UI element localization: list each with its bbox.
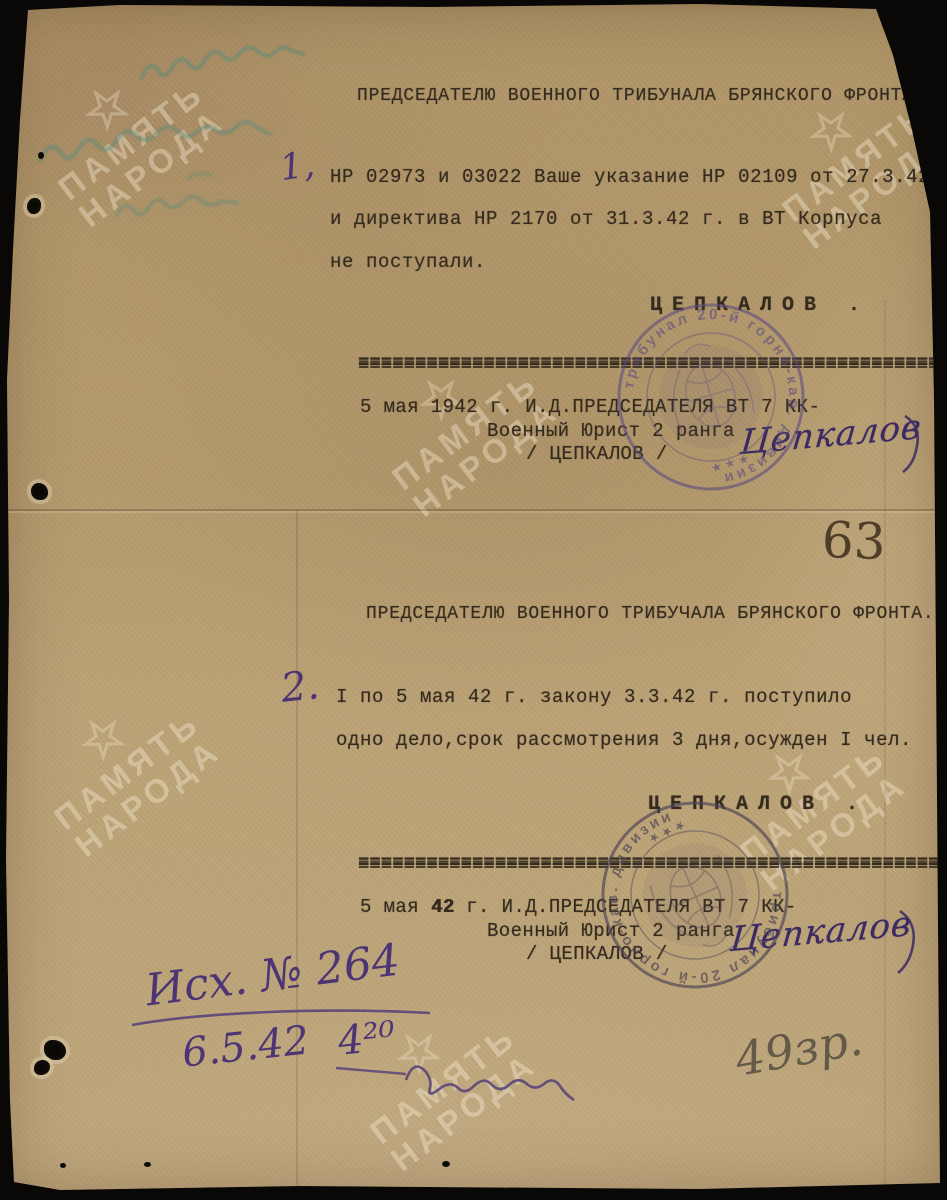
memo2-body-line2: одно дело,срок рассмотрения 3 дня,осужде… — [336, 729, 912, 751]
memo1-body-line3: не поступали. — [330, 251, 486, 273]
faded-ink-note — [36, 118, 296, 188]
paper-speck — [442, 1161, 450, 1167]
memo1-slash-name: / ЦЕПКАЛОВ / — [526, 443, 668, 465]
watermark: ☆ ПАМЯТЬ НАРОДА — [5, 23, 251, 248]
punch-hole — [31, 483, 48, 500]
watermark-line2: НАРОДА — [736, 753, 933, 913]
punch-hole — [27, 198, 41, 214]
memo2-separator: ========================================… — [358, 852, 944, 874]
page-number: 63 — [821, 511, 887, 571]
star-icon: ☆ — [5, 23, 209, 193]
memo1-rank-line: Военный Юрист 2 ранга — [487, 420, 735, 442]
memo2-surname: ЦЕПКАЛОВ . — [648, 793, 868, 816]
watermark-line2: НАРОДА — [54, 89, 251, 249]
memo1-body-line1: НР 02973 и 03022 Ваше указание НР 02109 … — [330, 166, 942, 188]
memo2-body-line1: I по 5 мая 42 г. закону 3.3.42 г. поступ… — [336, 686, 852, 708]
paper-sheet: ☆ ПАМЯТЬ НАРОДА ☆ ПАМЯТЬ НАРОДА ☆ ПАМЯТЬ… — [0, 0, 947, 1200]
memo1-date-line: 5 мая 1942 г. И.Д.ПРЕДСЕДАТЕЛЯ ВТ 7 КК- — [360, 396, 820, 418]
memo2-item-number: 2. — [279, 662, 322, 712]
date-note: 6.5.42 — [180, 1017, 311, 1076]
time-note: 4²⁰ — [336, 1013, 398, 1065]
memo1-surname: ЦЕПКАЛОВ . — [650, 294, 870, 317]
memo1-item-number: 1, — [277, 144, 317, 189]
fold-crease-vertical — [296, 510, 298, 1200]
star-icon: ☆ — [687, 687, 891, 857]
paper-speck — [38, 152, 44, 159]
punch-hole — [44, 1040, 66, 1060]
watermark: ☆ ПАМЯТЬ НАРОДА — [1, 653, 247, 878]
watermark: ☆ ПАМЯТЬ НАРОДА — [317, 967, 563, 1192]
faded-ink-note — [135, 40, 335, 100]
memo2-date-line: 5 мая 42 г. И.Д.ПРЕДСЕДАТЕЛЯ ВТ 7 КК- — [360, 896, 797, 918]
memo2-header: ПРЕДСЕДАТЕЛЮ ВОЕННОГО ТРИБУЧАЛА БРЯНСКОГ… — [366, 604, 935, 624]
memo2-slash-name: / ЦЕПКАЛОВ / — [526, 943, 668, 965]
overstruck-year: 42 — [431, 896, 455, 918]
watermark: ☆ ПАМЯТЬ НАРОДА — [729, 45, 947, 270]
watermark-line2: НАРОДА — [778, 111, 947, 271]
paper-speck — [60, 1163, 66, 1168]
star-icon: ☆ — [1, 653, 205, 823]
pencil-note: 49зр. — [731, 1011, 866, 1086]
fold-crease — [0, 509, 947, 511]
watermark-line1: ПАМЯТЬ — [29, 691, 226, 851]
watermark-line2: НАРОДА — [50, 719, 247, 879]
paper-speck — [144, 1162, 151, 1167]
stamp-stars: ★ ★ ★ — [646, 818, 687, 847]
memo1-header: ПРЕДСЕДАТЕЛЮ ВОЕННОГО ТРИБУНАЛА БРЯНСКОГ… — [357, 86, 926, 106]
star-icon: ☆ — [729, 45, 933, 215]
memo2-rank-line: Военный Юрист 2 ранга — [487, 920, 735, 942]
memo1-body-line2: и директива НР 2170 от 31.3.42 г. в ВТ К… — [330, 208, 882, 230]
watermark-line1: ПАМЯТЬ — [33, 61, 230, 221]
scanned-document: ☆ ПАМЯТЬ НАРОДА ☆ ПАМЯТЬ НАРОДА ☆ ПАМЯТЬ… — [0, 0, 947, 1200]
memo1-separator: ========================================… — [358, 352, 944, 374]
outgoing-number-note: Исх. № 264 — [143, 935, 403, 1017]
punch-hole — [34, 1060, 50, 1075]
faded-ink-note — [110, 186, 270, 236]
